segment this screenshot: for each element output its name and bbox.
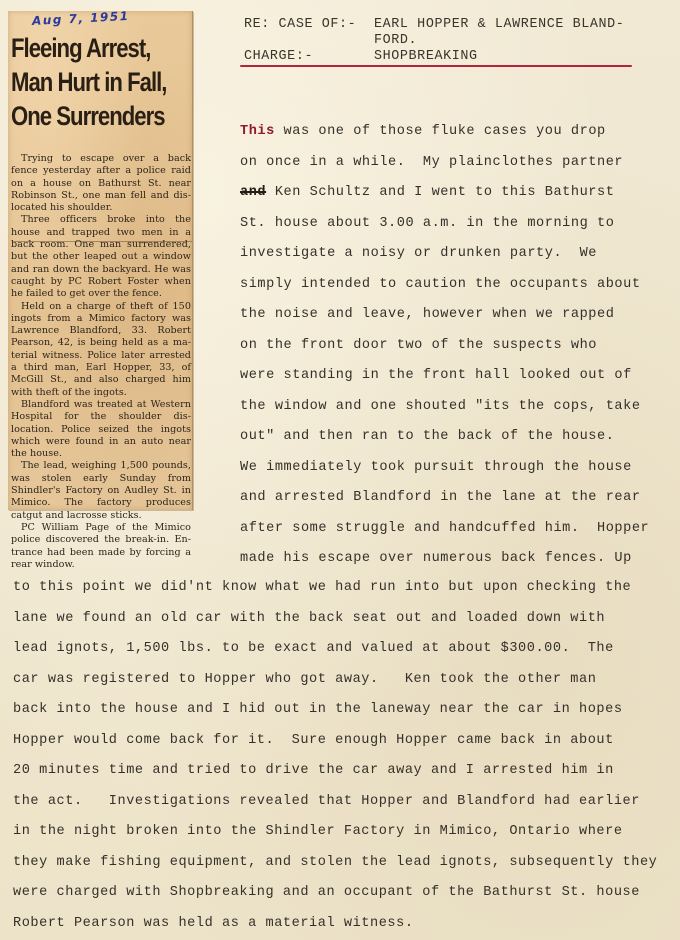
typed-line: on the front door two of the suspects wh… [240,338,597,358]
handwritten-date: Aug 7, 1951 [32,9,130,28]
header-underline [240,65,632,67]
typed-line: back into the house and I hid out in the… [13,702,623,722]
typed-narrative-wide: to this point we did'nt know what we had… [13,580,30,775]
newspaper-clipping: Aug 7, 1951 Fleeing Arrest, Man Hurt in … [8,11,193,510]
typed-line: 20 minutes time and tried to drive the c… [13,763,614,783]
first-word: This [240,124,275,139]
typed-line: were standing in the front hall looked o… [240,368,632,388]
clipping-article: Trying to escape over a back fence yeste… [11,153,191,571]
headline-line: Man Hurt in Fall, [11,65,157,99]
typed-line: the act. Investigations revealed that Ho… [13,794,640,814]
typed-line: Robert Pearson was held as a material wi… [13,916,414,936]
headline-line: Fleeing Arrest, [11,31,157,65]
case-of-value: EARL HOPPER & LAWRENCE BLAND- [374,17,624,33]
clipping-headline: Fleeing Arrest, Man Hurt in Fall, One Su… [11,31,157,133]
typed-line: the window and one shouted "its the cops… [240,399,641,419]
typed-line: investigate a noisy or drunken party. We [240,246,597,266]
article-paragraph: The lead, weighing 1,500 pounds, was sto… [11,460,191,521]
typed-line: on once in a while. My plainclothes part… [240,155,623,175]
typed-line: car was registered to Hopper who got awa… [13,672,596,692]
typed-line: and arrested Blandford in the lane at th… [240,490,641,510]
article-paragraph: Trying to escape over a back fence yeste… [11,153,191,214]
article-paragraph: Blandford was treated at West­ern Hospit… [11,399,191,460]
typed-line: out" and then ran to the back of the hou… [240,429,614,449]
charge-label: CHARGE:- [244,49,313,65]
typed-line: were charged with Shopbreaking and an oc… [13,885,640,905]
typed-line: in the night broken into the Shindler Fa… [13,824,623,844]
typed-line: We immediately took pursuit through the … [240,460,632,480]
typed-line: simply intended to caution the occupants… [240,277,641,297]
typed-narrative-narrow: This was one of those fluke cases you dr… [240,124,257,364]
typed-line: This was one of those fluke cases you dr… [240,124,606,144]
typed-line: to this point we did'nt know what we had… [13,580,631,600]
headline-line: One Surrenders [11,99,157,133]
typed-line: they make fishing equipment, and stolen … [13,855,657,875]
typed-line: made his escape over numerous back fence… [240,551,632,571]
typed-line: lane we found an old car with the back s… [13,611,605,631]
typed-line: and Ken Schultz and I went to this Bathu… [240,185,614,205]
typed-line: after some struggle and handcuffed him. … [240,521,649,541]
case-of-label: RE: CASE OF:- [244,17,356,33]
article-paragraph: PC William Page of the Mimico police dis… [11,522,191,571]
charge-value: SHOPBREAKING [374,49,478,65]
article-paragraph: Held on a charge of theft of 150 ingots … [11,301,191,399]
typed-line: the noise and leave, however when we rap… [240,307,614,327]
typed-line: St. house about 3.00 a.m. in the morning… [240,216,614,236]
struck-out-word: and [240,185,266,200]
typed-line: Hopper would come back for it. Sure enou… [13,733,614,753]
typed-line: lead ignots, 1,500 lbs. to be exact and … [13,641,614,661]
article-paragraph: Three officers broke into the house and … [11,214,191,300]
case-of-value-continued: FORD. [374,33,417,49]
